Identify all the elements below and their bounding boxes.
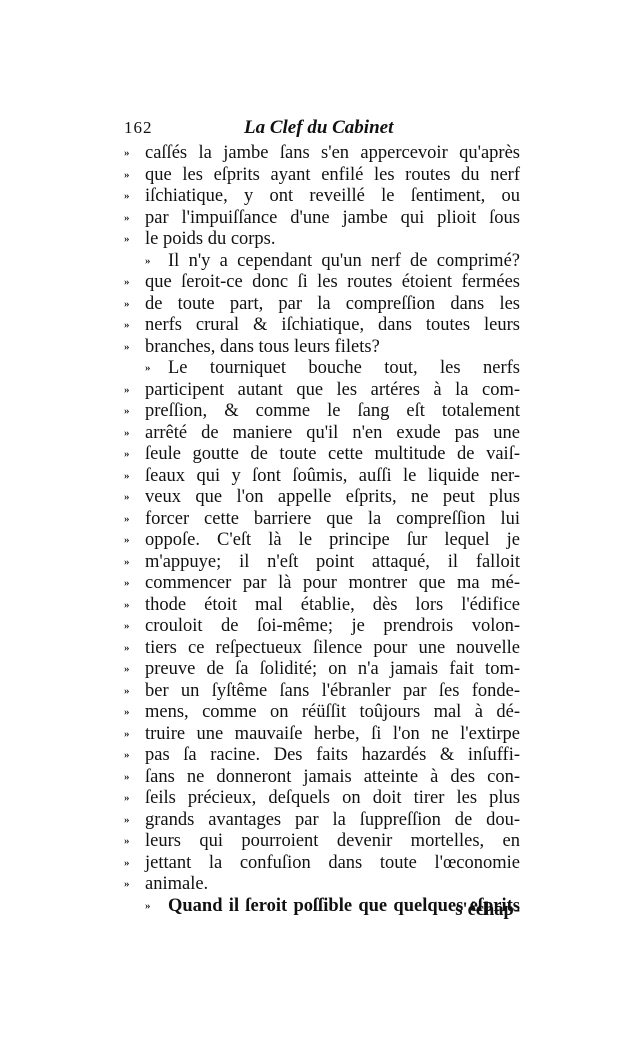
text-line: »nerfs crural & iſchiatique, dans toutes… [124,315,520,337]
text-line: »preuve de ſa ſolidité; on n'a jamais fa… [124,659,520,681]
line-text: commencer par là pour montrer que ma mé- [145,573,520,595]
quote-marker: » [124,165,129,187]
text-line: »le poids du corps. [124,229,520,251]
text-line: »par l'impuiſſance d'une jambe qui plioi… [124,208,520,230]
line-text: participent autant que les artéres à la … [145,380,520,402]
text-line: »leurs qui pourroient devenir mortelles,… [124,831,520,853]
quote-marker: » [145,358,150,380]
catchword: s'échap- [455,900,520,921]
quote-marker: » [124,466,129,488]
quote-marker: » [124,380,129,402]
line-text: preſſion, & comme le ſang eſt totalement [145,401,520,423]
line-text: branches, dans tous leurs filets? [145,337,520,359]
text-line: »ſans ne donneront jamais atteinte à des… [124,767,520,789]
text-line: »jettant la confuſion dans toute l'œcono… [124,853,520,875]
line-text: ber un ſyſtême ſans l'ébranler par ſes f… [145,681,520,703]
text-line: »oppoſe. C'eſt là le principe ſur lequel… [124,530,520,552]
line-text: forcer cette barriere que la compreſſion… [145,509,520,531]
text-line: »veux que l'on appelle eſprits, ne peut … [124,487,520,509]
line-text: ſans ne donneront jamais atteinte à des … [145,767,520,789]
text-line: »thode étoit mal établie, dès lors l'édi… [124,595,520,617]
text-line: »branches, dans tous leurs filets? [124,337,520,359]
line-text: pas ſa racine. Des faits hazardés & inſu… [145,745,520,767]
text-line: »de toute part, par la compreſſion dans … [124,294,520,316]
quote-marker: » [124,294,129,316]
quote-marker: » [124,681,129,703]
text-line: »tiers ce reſpectueux ſilence pour une n… [124,638,520,660]
text-line: »ſeaux qui y ſont ſoûmis, auſſi le liqui… [124,466,520,488]
line-text: oppoſe. C'eſt là le principe ſur lequel … [145,530,520,552]
quote-marker: » [124,208,129,230]
line-text: jettant la confuſion dans toute l'œconom… [145,853,520,875]
quote-marker: » [124,810,129,832]
text-line: »Le tourniquet bouche tout, les nerfs [124,358,520,380]
text-line: »ſeils précieux, deſquels on doit tirer … [124,788,520,810]
text-line: »caſſés la jambe ſans s'en appercevoir q… [124,143,520,165]
quote-marker: » [124,186,129,208]
quote-marker: » [124,530,129,552]
text-line: »que les eſprits ayant enfilé les routes… [124,165,520,187]
text-line: »que ſeroit-ce donc ſi les routes étoien… [124,272,520,294]
text-line: »animale. [124,874,520,896]
quote-marker: » [124,272,129,294]
line-text: crouloit de ſoi-même; je prendrois volon… [145,616,520,638]
quote-marker: » [124,638,129,660]
line-text: par l'impuiſſance d'une jambe qui plioit… [145,208,520,230]
text-line: »ſeule goutte de toute cette multitude d… [124,444,520,466]
line-text: ſeaux qui y ſont ſoûmis, auſſi le liquid… [145,466,520,488]
line-text: nerfs crural & iſchiatique, dans toutes … [145,315,520,337]
quote-marker: » [124,659,129,681]
line-text: mens, comme on réüſſit toûjours mal à dé… [145,702,520,724]
text-line: »truire une mauvaiſe herbe, ſi l'on ne l… [124,724,520,746]
text-line: »preſſion, & comme le ſang eſt totalemen… [124,401,520,423]
text-line: »iſchiatique, y ont reveillé le ſentimen… [124,186,520,208]
line-text: que les eſprits ayant enfilé les routes … [145,165,520,187]
quote-marker: » [145,251,150,273]
text-line: »crouloit de ſoi-même; je prendrois volo… [124,616,520,638]
quote-marker: » [124,444,129,466]
line-text: de toute part, par la compreſſion dans l… [145,294,520,316]
quote-marker: » [124,337,129,359]
text-line: »forcer cette barriere que la compreſſio… [124,509,520,531]
line-text: grands avantages par la ſuppreſſion de d… [145,810,520,832]
quote-marker: » [145,896,150,918]
line-text: ſeule goutte de toute cette multitude de… [145,444,520,466]
line-text: leurs qui pourroient devenir mortelles, … [145,831,520,853]
quote-marker: » [124,423,129,445]
book-page: 162 La Clef du Cabinet »caſſés la jambe … [0,0,640,1043]
line-text: que ſeroit-ce donc ſi les routes étoient… [145,272,520,294]
line-text: animale. [145,874,520,896]
quote-marker: » [124,874,129,896]
line-text: thode étoit mal établie, dès lors l'édif… [145,595,520,617]
quote-marker: » [124,401,129,423]
quote-marker: » [124,745,129,767]
quote-marker: » [124,143,129,165]
text-line: »mens, comme on réüſſit toûjours mal à d… [124,702,520,724]
quote-marker: » [124,724,129,746]
line-text: Le tourniquet bouche tout, les nerfs [168,358,520,380]
text-line: »participent autant que les artéres à la… [124,380,520,402]
quote-marker: » [124,573,129,595]
text-line: »commencer par là pour montrer que ma mé… [124,573,520,595]
quote-marker: » [124,702,129,724]
quote-marker: » [124,509,129,531]
quote-marker: » [124,788,129,810]
text-line: »m'appuye; il n'eſt point attaqué, il fa… [124,552,520,574]
page-number: 162 [124,118,153,138]
text-line: »grands avantages par la ſuppreſſion de … [124,810,520,832]
quote-marker: » [124,595,129,617]
quote-marker: » [124,315,129,337]
body-text: »caſſés la jambe ſans s'en appercevoir q… [124,143,520,917]
line-text: veux que l'on appelle eſprits, ne peut p… [145,487,520,509]
text-line: »Il n'y a cependant qu'un nerf de compri… [124,251,520,273]
line-text: ſeils précieux, deſquels on doit tirer l… [145,788,520,810]
quote-marker: » [124,767,129,789]
quote-marker: » [124,831,129,853]
quote-marker: » [124,229,129,251]
line-text: Il n'y a cependant qu'un nerf de comprim… [168,251,520,273]
line-text: arrêté de maniere qu'il n'en exude pas u… [145,423,520,445]
line-text: le poids du corps. [145,229,520,251]
text-line: »arrêté de maniere qu'il n'en exude pas … [124,423,520,445]
running-title: La Clef du Cabinet [244,117,393,139]
quote-marker: » [124,487,129,509]
quote-marker: » [124,853,129,875]
text-line: »ber un ſyſtême ſans l'ébranler par ſes … [124,681,520,703]
line-text: preuve de ſa ſolidité; on n'a jamais fai… [145,659,520,681]
line-text: tiers ce reſpectueux ſilence pour une no… [145,638,520,660]
text-line: »pas ſa racine. Des faits hazardés & inſ… [124,745,520,767]
page-header: 162 La Clef du Cabinet [124,118,518,142]
quote-marker: » [124,616,129,638]
quote-marker: » [124,552,129,574]
line-text: caſſés la jambe ſans s'en appercevoir qu… [145,143,520,165]
line-text: m'appuye; il n'eſt point attaqué, il fal… [145,552,520,574]
line-text: iſchiatique, y ont reveillé le ſentiment… [145,186,520,208]
line-text: truire une mauvaiſe herbe, ſi l'on ne l'… [145,724,520,746]
